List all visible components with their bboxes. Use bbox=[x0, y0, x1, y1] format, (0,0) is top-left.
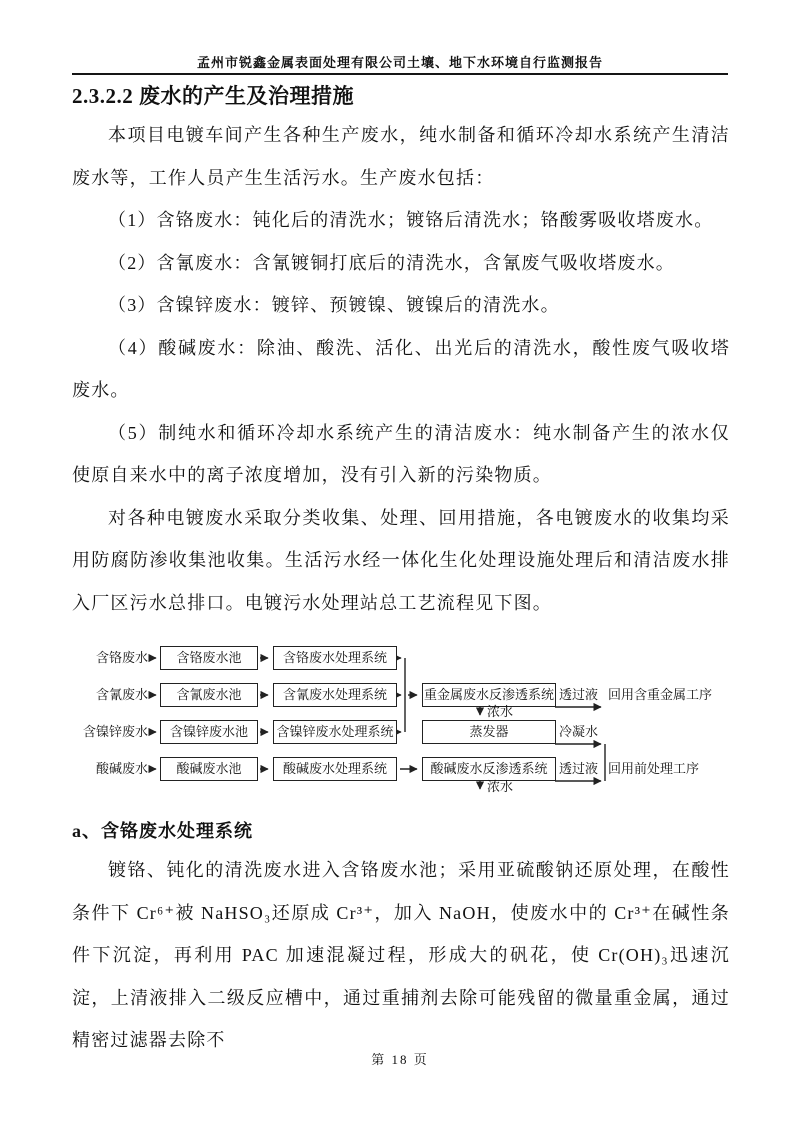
flow-box-acid-alkali-pool: 酸碱废水池 bbox=[160, 757, 258, 781]
flow-text-reuse-pretreatment: 回用前处理工序 bbox=[608, 757, 699, 781]
list-item-5: （5）制纯水和循环冷却水系统产生的清洁废水：纯水制备产生的浓水仅使原自来水中的离… bbox=[72, 412, 730, 497]
flow-box-acid-alkali-system: 酸碱废水处理系统 bbox=[273, 757, 397, 781]
flow-box-cyanide-system: 含氰废水处理系统 bbox=[273, 683, 397, 707]
list-item-1: （1）含铬废水：钝化后的清洗水；镀铬后清洗水；铬酸雾吸收塔废水。 bbox=[72, 199, 730, 242]
flow-box-nickel-zinc-pool: 含镍锌废水池 bbox=[160, 720, 258, 744]
subsection-heading: a、含铬废水处理系统 bbox=[72, 817, 253, 843]
section-body: 本项目电镀车间产生各种生产废水，纯水制备和循环冷却水系统产生清洁废水等，工作人员… bbox=[72, 114, 730, 624]
flow-label-condensate: 冷凝水 bbox=[559, 720, 598, 744]
header-rule bbox=[72, 73, 728, 75]
wastewater-flow-diagram: 含铬废水 含氰废水 含镍锌废水 酸碱废水 含铬废水池 含氰废水池 含镍锌废水池 … bbox=[0, 636, 800, 811]
flow-box-nickel-zinc-system: 含镍锌废水处理系统 bbox=[273, 720, 397, 744]
paragraph-chromium-treatment: 镀铬、钝化的清洗废水进入含铬废水池；采用亚硫酸钠还原处理，在酸性条件下 Cr⁶⁺… bbox=[72, 849, 730, 1062]
flow-box-chromium-system: 含铬废水处理系统 bbox=[273, 646, 397, 670]
flow-label-concentrate-acid: 浓水 bbox=[487, 775, 513, 799]
list-item-2: （2）含氰废水：含氰镀铜打底后的清洗水，含氰废气吸收塔废水。 bbox=[72, 242, 730, 285]
paragraph-intro: 本项目电镀车间产生各种生产废水，纯水制备和循环冷却水系统产生清洁废水等，工作人员… bbox=[72, 114, 730, 199]
flow-box-cyanide-pool: 含氰废水池 bbox=[160, 683, 258, 707]
flow-label-concentrate-heavy: 浓水 bbox=[487, 700, 513, 724]
page-number: 第 18 页 bbox=[0, 1049, 800, 1068]
flow-source-acid-alkali: 酸碱废水 bbox=[48, 757, 148, 781]
list-item-4: （4）酸碱废水：除油、酸洗、活化、出光后的清洗水，酸性废气吸收塔废水。 bbox=[72, 327, 730, 412]
document-page: 孟州市锐鑫金属表面处理有限公司土壤、地下水环境自行监测报告 2.3.2.2 废水… bbox=[0, 0, 800, 1132]
flow-text-reuse-heavy-metal: 回用含重金属工序 bbox=[608, 683, 712, 707]
subsection-body: 镀铬、钝化的清洗废水进入含铬废水池；采用亚硫酸钠还原处理，在酸性条件下 Cr⁶⁺… bbox=[72, 849, 730, 1062]
header-title: 孟州市锐鑫金属表面处理有限公司土壤、地下水环境自行监测报告 bbox=[0, 52, 800, 71]
flow-label-permeate-acid: 透过液 bbox=[559, 757, 598, 781]
section-heading: 2.3.2.2 废水的产生及治理措施 bbox=[72, 80, 354, 110]
list-item-3: （3）含镍锌废水：镀锌、预镀镍、镀镍后的清洗水。 bbox=[72, 284, 730, 327]
flow-label-permeate-heavy: 透过液 bbox=[559, 683, 598, 707]
flow-box-chromium-pool: 含铬废水池 bbox=[160, 646, 258, 670]
flow-source-nickel-zinc: 含镍锌废水 bbox=[48, 720, 148, 744]
flow-source-cyanide: 含氰废水 bbox=[48, 683, 148, 707]
flow-source-chromium: 含铬废水 bbox=[48, 646, 148, 670]
paragraph-collection: 对各种电镀废水采取分类收集、处理、回用措施，各电镀废水的收集均采用防腐防渗收集池… bbox=[72, 497, 730, 625]
